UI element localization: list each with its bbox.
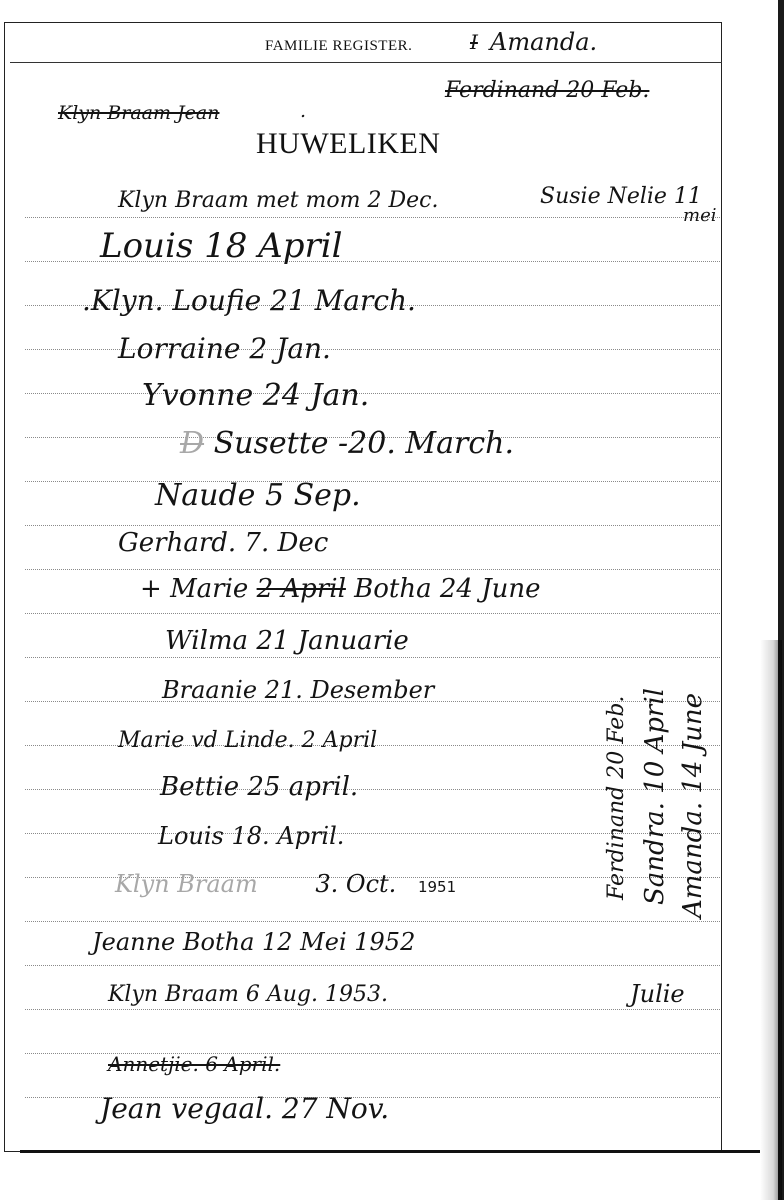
struck-initial: I <box>470 30 478 54</box>
dotted-rule <box>25 393 720 394</box>
entry-text: 3. Oct. <box>315 870 396 898</box>
dotted-rule <box>25 613 720 614</box>
entry-text: Klyn Braam met mom 2 Dec. <box>118 188 438 213</box>
entry-extra: Botha 24 June <box>354 574 540 604</box>
annotation-amanda: Amanda. <box>490 28 597 56</box>
section-title: HUWELIKEN <box>256 127 440 161</box>
entry-prefix: + <box>140 574 162 604</box>
entry-row: Marie vd Linde. 2 April <box>118 728 377 753</box>
entry-struck: D <box>180 426 204 461</box>
entry-row: Bettie 25 april. <box>160 772 358 802</box>
dotted-rule <box>25 657 720 658</box>
entry-year: 1951 <box>418 878 456 896</box>
entry-text: Susette -20. March. <box>214 426 514 461</box>
vertical-note: Ferdinand 20 Feb. <box>604 696 629 900</box>
entry-row: Klyn Braam 3. Oct. 1951 <box>115 870 456 898</box>
dotted-rule <box>25 1009 720 1010</box>
entry-row: Klyn Braam met mom 2 Dec. <box>118 188 438 213</box>
entry-text: Marie <box>170 574 248 604</box>
annotation-ferdinand-text: Ferdinand 20 Feb. <box>445 78 649 103</box>
annotation-ferdinand: Ferdinand 20 Feb. <box>445 78 649 103</box>
header-rule <box>10 62 722 63</box>
entry-row: Annetjie. 6 April. <box>108 1052 280 1076</box>
annotation-struck-klyn-braam-jean: Klyn Braam Jean <box>58 102 219 124</box>
entry-row: .Klyn. Loufie 21 March. <box>82 284 416 317</box>
dotted-rule <box>25 965 720 966</box>
entry-row: D Susette -20. March. <box>180 426 514 461</box>
entry-row: Naude 5 Sep. <box>155 478 361 513</box>
entry-row: Klyn Braam 6 Aug. 1953. <box>108 982 388 1007</box>
entry-extra: Susie Nelie 11 <box>540 184 702 209</box>
dotted-rule <box>25 217 720 218</box>
dotted-rule <box>25 481 720 482</box>
entry-extra: mei <box>683 205 716 226</box>
entry-struck: 2 April <box>257 574 346 604</box>
vertical-note: Amanda. 14 June <box>678 693 708 918</box>
annotation-dot: . <box>300 100 306 122</box>
entry-row: Wilma 21 Januarie <box>165 626 409 656</box>
entry-row: Gerhard. 7. Dec <box>118 528 328 558</box>
dotted-rule <box>25 569 720 570</box>
entry-row: Jeanne Botha 12 Mei 1952 <box>92 928 415 956</box>
entry-faint: Klyn Braam <box>115 870 258 898</box>
entry-row: Jean vegaal. 27 Nov. <box>100 1092 389 1125</box>
entry-row: Braanie 21. Desember <box>162 676 434 704</box>
entry-row: Louis 18. April. <box>158 822 344 850</box>
page-curl-shadow <box>760 640 782 1200</box>
dotted-rule <box>25 921 720 922</box>
entry-row: Yvonne 24 Jan. <box>142 378 369 413</box>
entry-row: + Marie 2 April Botha 24 June <box>140 574 541 604</box>
dotted-rule <box>25 525 720 526</box>
entry-row: Louis 18 April <box>100 226 342 266</box>
printed-header-title: FAMILIE REGISTER. <box>265 38 412 55</box>
page-bottom-edge <box>20 1150 760 1153</box>
entry-row: Lorraine 2 Jan. <box>118 332 331 365</box>
entry-extra: Julie <box>630 980 685 1008</box>
vertical-note: Sandra. 10 April <box>640 688 670 905</box>
